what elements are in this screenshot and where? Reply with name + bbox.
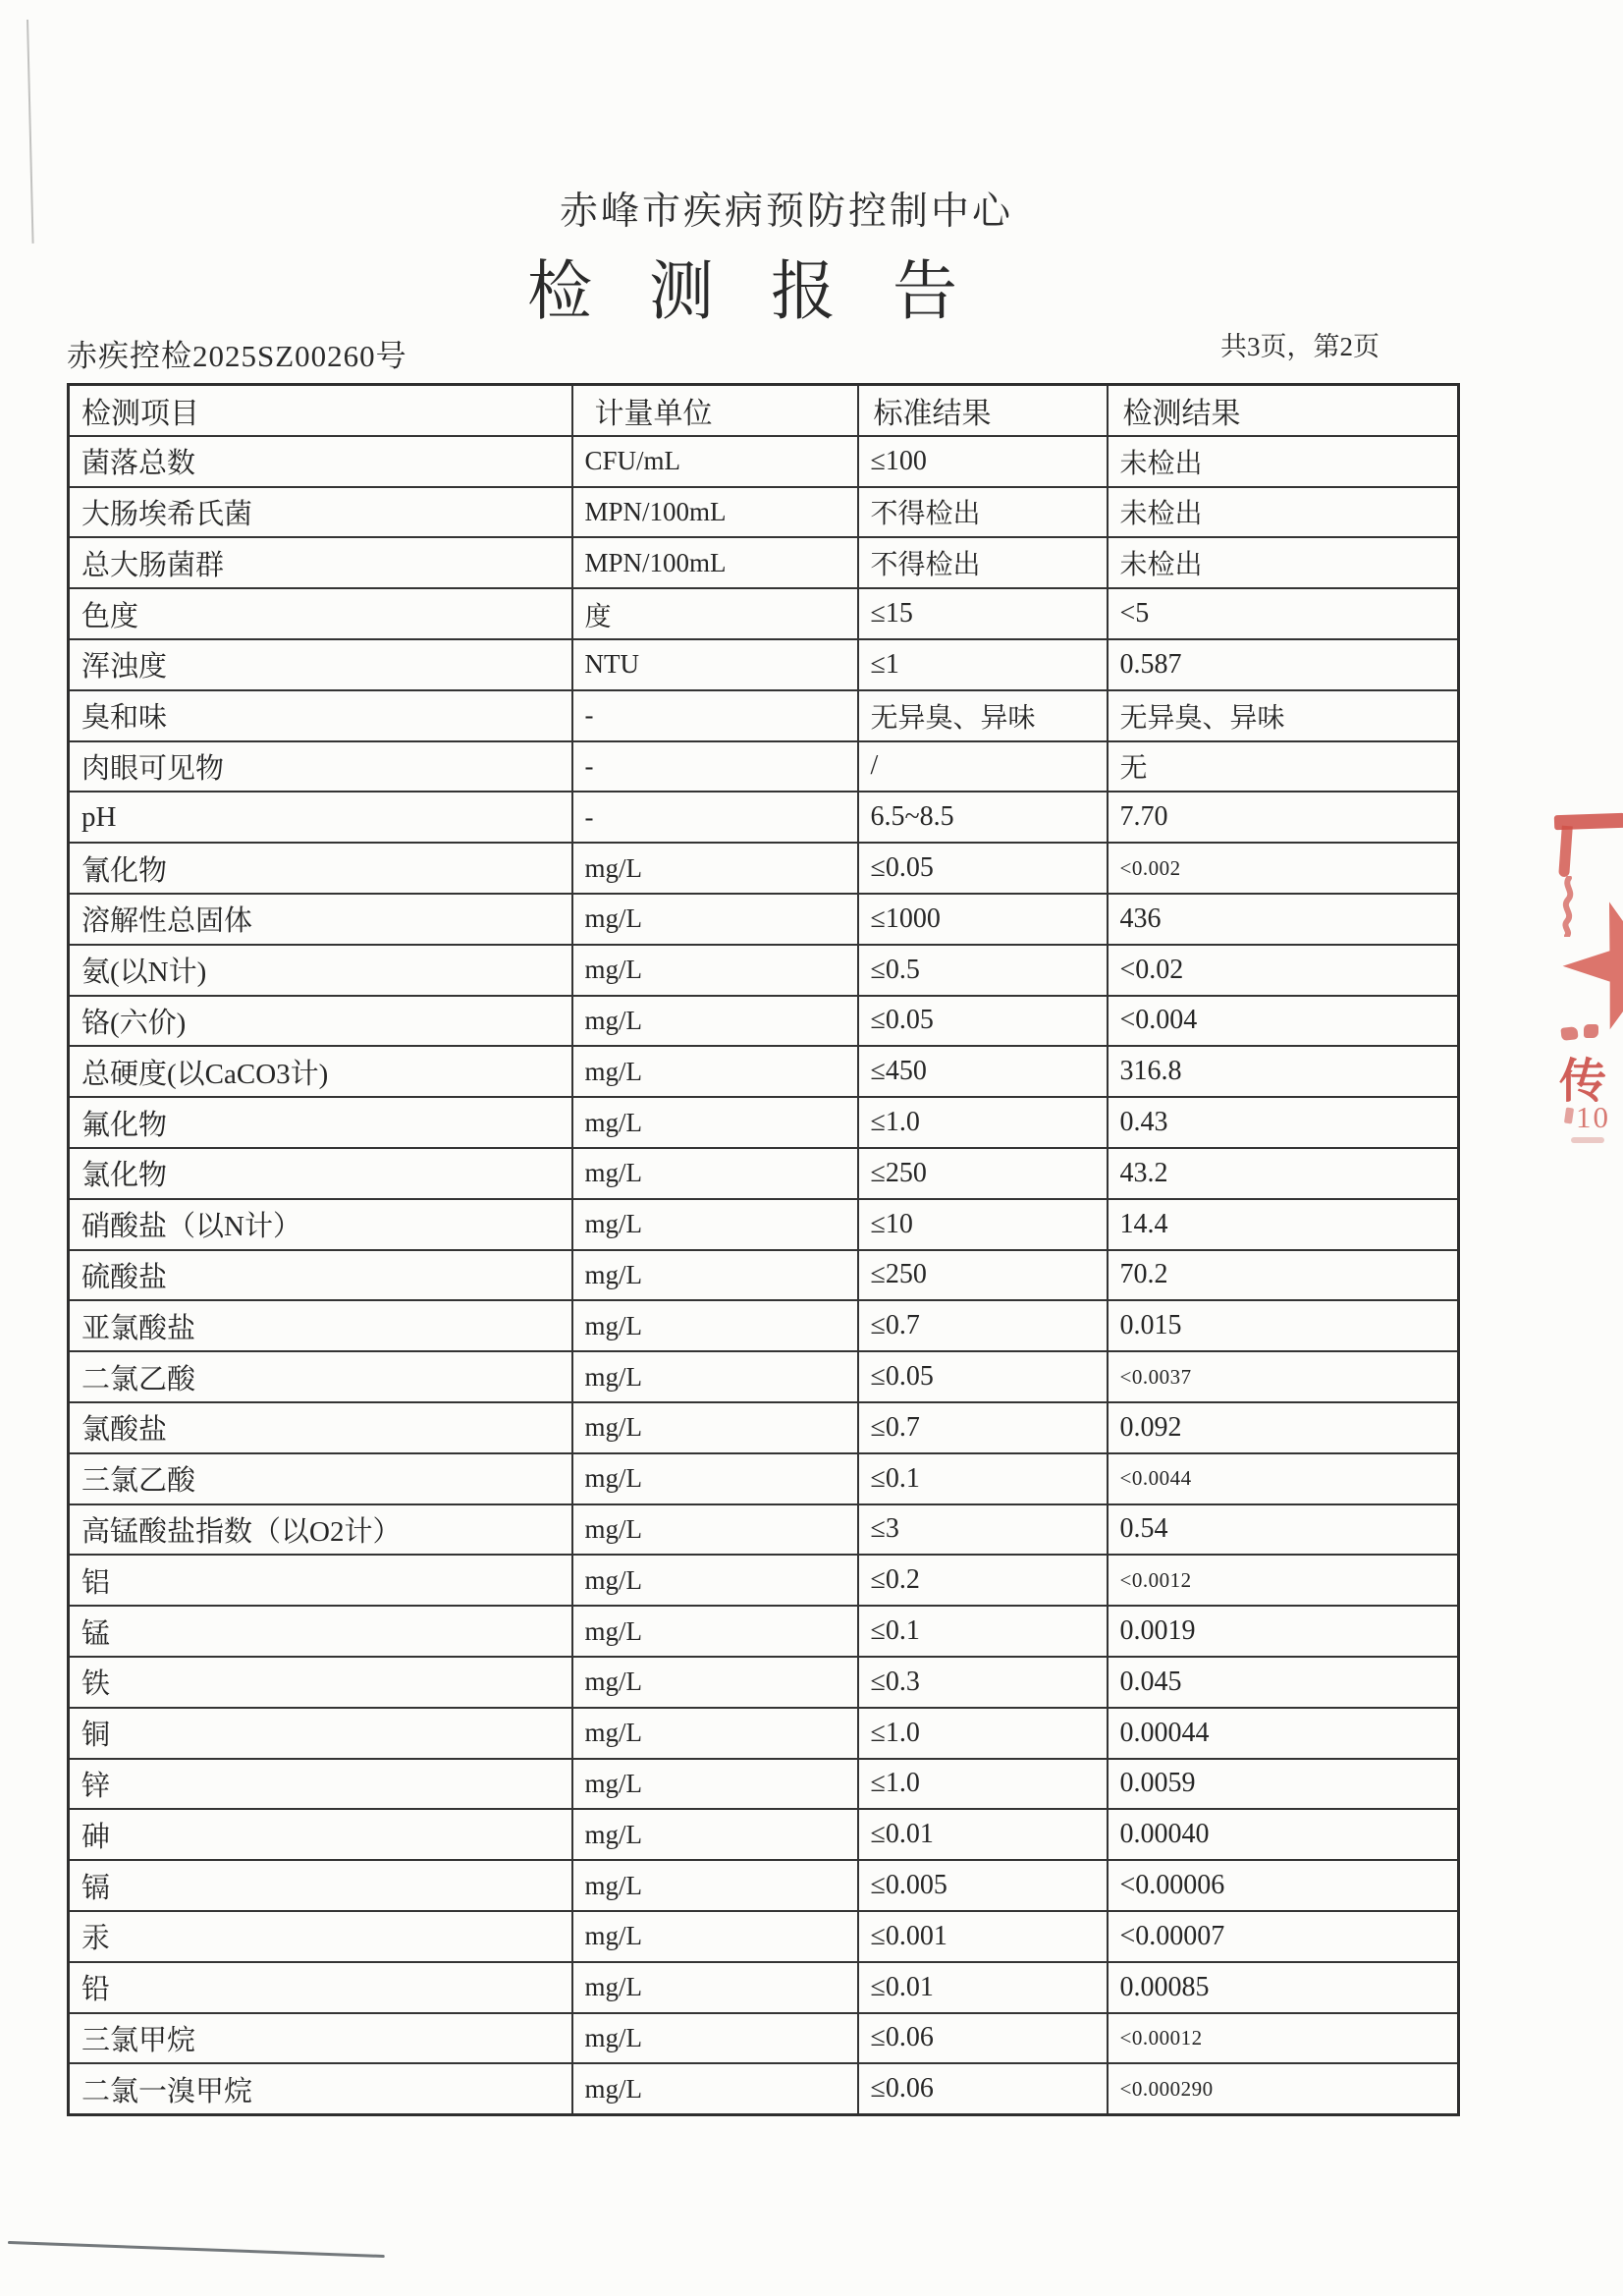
- table-row: 砷mg/L≤0.010.00040: [69, 1809, 1459, 1860]
- result-cell: 14.4: [1108, 1199, 1459, 1250]
- item-cell: 大肠埃希氏菌: [69, 487, 572, 538]
- result-cell: 0.43: [1108, 1097, 1459, 1148]
- item-cell: 氟化物: [69, 1097, 572, 1148]
- table-row: 氰化物mg/L≤0.05<0.002: [69, 843, 1459, 894]
- unit-cell: mg/L: [572, 843, 858, 894]
- report-number: 赤疾控检2025SZ00260号: [67, 331, 407, 375]
- result-cell: 0.00085: [1108, 1962, 1459, 2013]
- item-cell: 二氯乙酸: [69, 1351, 572, 1402]
- standard-cell: ≤3: [858, 1504, 1108, 1556]
- unit-cell: mg/L: [572, 1759, 858, 1810]
- unit-cell: mg/L: [572, 1504, 858, 1556]
- table-row: 硝酸盐（以N计）mg/L≤1014.4: [69, 1199, 1459, 1250]
- table-row: 铁mg/L≤0.30.045: [69, 1657, 1459, 1708]
- unit-cell: mg/L: [572, 1708, 858, 1759]
- col-header-unit: 计量单位: [572, 385, 858, 436]
- table-row: 硫酸盐mg/L≤25070.2: [69, 1250, 1459, 1301]
- standard-cell: ≤0.001: [858, 1911, 1108, 1962]
- item-cell: 铅: [69, 1962, 572, 2013]
- stamp-mark-fragment: [1584, 1024, 1598, 1038]
- result-cell: 436: [1108, 894, 1459, 945]
- table-row: 氨(以N计)mg/L≤0.5<0.02: [69, 945, 1459, 996]
- result-cell: 0.045: [1108, 1657, 1459, 1708]
- unit-cell: -: [572, 792, 858, 843]
- item-cell: 氯酸盐: [69, 1402, 572, 1453]
- item-cell: 二氯一溴甲烷: [69, 2063, 572, 2114]
- standard-cell: 无异臭、异味: [858, 690, 1108, 741]
- unit-cell: mg/L: [572, 1300, 858, 1351]
- item-cell: 三氯乙酸: [69, 1453, 572, 1504]
- result-cell: <0.0044: [1108, 1453, 1459, 1504]
- table-row: 锰mg/L≤0.10.0019: [69, 1606, 1459, 1657]
- table-row: 铝mg/L≤0.2<0.0012: [69, 1555, 1459, 1606]
- result-cell: <0.00007: [1108, 1911, 1459, 1962]
- stamp-smudge: [1571, 1137, 1604, 1143]
- unit-cell: 度: [572, 588, 858, 639]
- result-cell: 0.092: [1108, 1402, 1459, 1453]
- standard-cell: ≤10: [858, 1199, 1108, 1250]
- item-cell: 砷: [69, 1809, 572, 1860]
- unit-cell: mg/L: [572, 2063, 858, 2114]
- standard-cell: ≤1.0: [858, 1097, 1108, 1148]
- result-cell: 70.2: [1108, 1250, 1459, 1301]
- unit-cell: MPN/100mL: [572, 487, 858, 538]
- result-cell: 0.54: [1108, 1504, 1459, 1556]
- result-cell: 未检出: [1108, 537, 1459, 588]
- table-row: 色度度≤15<5: [69, 588, 1459, 639]
- unit-cell: mg/L: [572, 1657, 858, 1708]
- result-cell: <5: [1108, 588, 1459, 639]
- standard-cell: /: [858, 741, 1108, 793]
- table-row: 镉mg/L≤0.005<0.00006: [69, 1860, 1459, 1911]
- unit-cell: mg/L: [572, 894, 858, 945]
- item-cell: 铜: [69, 1708, 572, 1759]
- page-number-info: 共3页，第2页: [1220, 325, 1380, 363]
- standard-cell: ≤0.2: [858, 1555, 1108, 1606]
- standard-cell: 不得检出: [858, 537, 1108, 588]
- standard-cell: ≤15: [858, 588, 1108, 639]
- table-row: 铅mg/L≤0.010.00085: [69, 1962, 1459, 2013]
- unit-cell: -: [572, 741, 858, 793]
- standard-cell: 不得检出: [858, 487, 1108, 538]
- item-cell: 溶解性总固体: [69, 894, 572, 945]
- standard-cell: ≤1.0: [858, 1708, 1108, 1759]
- table-row: 铜mg/L≤1.00.00044: [69, 1708, 1459, 1759]
- report-title: 检测报告: [527, 239, 1014, 332]
- table-row: pH-6.5~8.57.70: [69, 792, 1459, 843]
- table-row: 臭和味-无异臭、异味无异臭、异味: [69, 690, 1459, 741]
- item-cell: 汞: [69, 1911, 572, 1962]
- unit-cell: mg/L: [572, 1250, 858, 1301]
- result-cell: <0.0012: [1108, 1555, 1459, 1606]
- unit-cell: mg/L: [572, 1860, 858, 1911]
- unit-cell: -: [572, 690, 858, 741]
- table-row: 氯化物mg/L≤25043.2: [69, 1148, 1459, 1199]
- stamp-hook-fragment: [1558, 826, 1573, 878]
- standard-cell: ≤1000: [858, 894, 1108, 945]
- standard-cell: ≤100: [858, 436, 1108, 487]
- item-cell: 肉眼可见物: [69, 741, 572, 793]
- item-cell: 镉: [69, 1860, 572, 1911]
- item-cell: 硝酸盐（以N计）: [69, 1199, 572, 1250]
- table-row: 浑浊度NTU≤10.587: [69, 639, 1459, 690]
- item-cell: 锰: [69, 1606, 572, 1657]
- scanned-report-page: 赤峰市疾病预防控制中心 检测报告 赤疾控检2025SZ00260号 共3页，第2…: [0, 0, 1623, 2296]
- standard-cell: ≤0.01: [858, 1962, 1108, 2013]
- result-cell: 316.8: [1108, 1046, 1459, 1097]
- item-cell: 高锰酸盐指数（以O2计）: [69, 1504, 572, 1556]
- item-cell: 铝: [69, 1555, 572, 1606]
- unit-cell: mg/L: [572, 1911, 858, 1962]
- standard-cell: ≤0.06: [858, 2063, 1108, 2114]
- result-cell: 0.0019: [1108, 1606, 1459, 1657]
- standard-cell: ≤0.005: [858, 1860, 1108, 1911]
- result-cell: <0.02: [1108, 945, 1459, 996]
- standard-cell: ≤0.05: [858, 843, 1108, 894]
- unit-cell: mg/L: [572, 1199, 858, 1250]
- table-row: 氟化物mg/L≤1.00.43: [69, 1097, 1459, 1148]
- standard-cell: ≤0.05: [858, 996, 1108, 1047]
- result-cell: 7.70: [1108, 792, 1459, 843]
- unit-cell: mg/L: [572, 1402, 858, 1453]
- col-header-standard: 标准结果: [858, 385, 1108, 436]
- table-row: 总大肠菌群MPN/100mL不得检出未检出: [69, 537, 1459, 588]
- item-cell: 氯化物: [69, 1148, 572, 1199]
- result-cell: 0.015: [1108, 1300, 1459, 1351]
- item-cell: 浑浊度: [69, 639, 572, 690]
- table-row: 二氯乙酸mg/L≤0.05<0.0037: [69, 1351, 1459, 1402]
- unit-cell: mg/L: [572, 1046, 858, 1097]
- result-cell: 无异臭、异味: [1108, 690, 1459, 741]
- standard-cell: ≤0.1: [858, 1453, 1108, 1504]
- table-header-row: 检测项目 计量单位 标准结果 检测结果: [69, 385, 1459, 436]
- unit-cell: MPN/100mL: [572, 537, 858, 588]
- unit-cell: mg/L: [572, 1453, 858, 1504]
- unit-cell: mg/L: [572, 1962, 858, 2013]
- standard-cell: ≤0.7: [858, 1300, 1108, 1351]
- unit-cell: mg/L: [572, 1148, 858, 1199]
- result-cell: <0.00006: [1108, 1860, 1459, 1911]
- item-cell: 色度: [69, 588, 572, 639]
- result-cell: 未检出: [1108, 436, 1459, 487]
- item-cell: 菌落总数: [69, 436, 572, 487]
- standard-cell: ≤0.3: [858, 1657, 1108, 1708]
- unit-cell: mg/L: [572, 1097, 858, 1148]
- unit-cell: CFU/mL: [572, 436, 858, 487]
- item-cell: 总硬度(以CaCO3计): [69, 1046, 572, 1097]
- table-row: 汞mg/L≤0.001<0.00007: [69, 1911, 1459, 1962]
- table-row: 总硬度(以CaCO3计)mg/L≤450316.8: [69, 1046, 1459, 1097]
- standard-cell: ≤0.7: [858, 1402, 1108, 1453]
- result-cell: 0.00040: [1108, 1809, 1459, 1860]
- table-row: 三氯甲烷mg/L≤0.06<0.00012: [69, 2013, 1459, 2064]
- item-cell: 铬(六价): [69, 996, 572, 1047]
- org-title: 赤峰市疾病预防控制中心: [560, 181, 1013, 236]
- result-cell: 无: [1108, 741, 1459, 793]
- unit-cell: mg/L: [572, 2013, 858, 2064]
- col-header-result: 检测结果: [1108, 385, 1459, 436]
- table-row: 铬(六价)mg/L≤0.05<0.004: [69, 996, 1459, 1047]
- table-row: 二氯一溴甲烷mg/L≤0.06<0.000290: [69, 2063, 1459, 2114]
- result-cell: <0.004: [1108, 996, 1459, 1047]
- standard-cell: ≤0.1: [858, 1606, 1108, 1657]
- item-cell: 亚氯酸盐: [69, 1300, 572, 1351]
- stamp-digits-fragment: 10: [1576, 1100, 1610, 1135]
- unit-cell: NTU: [572, 639, 858, 690]
- table-row: 菌落总数CFU/mL≤100未检出: [69, 436, 1459, 487]
- result-cell: 43.2: [1108, 1148, 1459, 1199]
- table-row: 大肠埃希氏菌MPN/100mL不得检出未检出: [69, 487, 1459, 538]
- scan-artifact-line-top-left: [27, 20, 33, 244]
- unit-cell: mg/L: [572, 945, 858, 996]
- standard-cell: ≤0.5: [858, 945, 1108, 996]
- item-cell: 硫酸盐: [69, 1250, 572, 1301]
- result-cell: <0.00012: [1108, 2013, 1459, 2064]
- unit-cell: mg/L: [572, 1555, 858, 1606]
- result-cell: 未检出: [1108, 487, 1459, 538]
- item-cell: 锌: [69, 1759, 572, 1810]
- standard-cell: ≤0.06: [858, 2013, 1108, 2064]
- unit-cell: mg/L: [572, 996, 858, 1047]
- standard-cell: ≤250: [858, 1250, 1108, 1301]
- result-cell: 0.00044: [1108, 1708, 1459, 1759]
- result-cell: <0.0037: [1108, 1351, 1459, 1402]
- table-row: 高锰酸盐指数（以O2计）mg/L≤30.54: [69, 1504, 1459, 1556]
- result-cell: 0.0059: [1108, 1759, 1459, 1810]
- table-row: 溶解性总固体mg/L≤1000436: [69, 894, 1459, 945]
- item-cell: 三氯甲烷: [69, 2013, 572, 2064]
- result-cell: <0.000290: [1108, 2063, 1459, 2114]
- result-cell: <0.002: [1108, 843, 1459, 894]
- item-cell: pH: [69, 792, 572, 843]
- standard-cell: ≤250: [858, 1148, 1108, 1199]
- unit-cell: mg/L: [572, 1351, 858, 1402]
- standard-cell: ≤1.0: [858, 1759, 1108, 1810]
- standard-cell: ≤0.01: [858, 1809, 1108, 1860]
- standard-cell: 6.5~8.5: [858, 792, 1108, 843]
- item-cell: 总大肠菌群: [69, 537, 572, 588]
- result-cell: 0.587: [1108, 639, 1459, 690]
- scan-artifact-line-bottom: [8, 2241, 385, 2258]
- table-row: 锌mg/L≤1.00.0059: [69, 1759, 1459, 1810]
- item-cell: 铁: [69, 1657, 572, 1708]
- unit-cell: mg/L: [572, 1606, 858, 1657]
- stamp-mongolian-script-fragment: [1555, 876, 1581, 937]
- table-row: 亚氯酸盐mg/L≤0.70.015: [69, 1300, 1459, 1351]
- standard-cell: ≤1: [858, 639, 1108, 690]
- item-cell: 氰化物: [69, 843, 572, 894]
- item-cell: 氨(以N计): [69, 945, 572, 996]
- standard-cell: ≤0.05: [858, 1351, 1108, 1402]
- table-row: 三氯乙酸mg/L≤0.1<0.0044: [69, 1453, 1459, 1504]
- col-header-item: 检测项目: [69, 385, 572, 436]
- table-row: 氯酸盐mg/L≤0.70.092: [69, 1402, 1459, 1453]
- stamp-mark-fragment: [1560, 1026, 1578, 1041]
- table-row: 肉眼可见物-/无: [69, 741, 1459, 793]
- standard-cell: ≤450: [858, 1046, 1108, 1097]
- unit-cell: mg/L: [572, 1809, 858, 1860]
- item-cell: 臭和味: [69, 690, 572, 741]
- results-table: 检测项目 计量单位 标准结果 检测结果 菌落总数CFU/mL≤100未检出大肠埃…: [67, 383, 1460, 2116]
- stamp-mark-fragment: [1564, 1108, 1574, 1124]
